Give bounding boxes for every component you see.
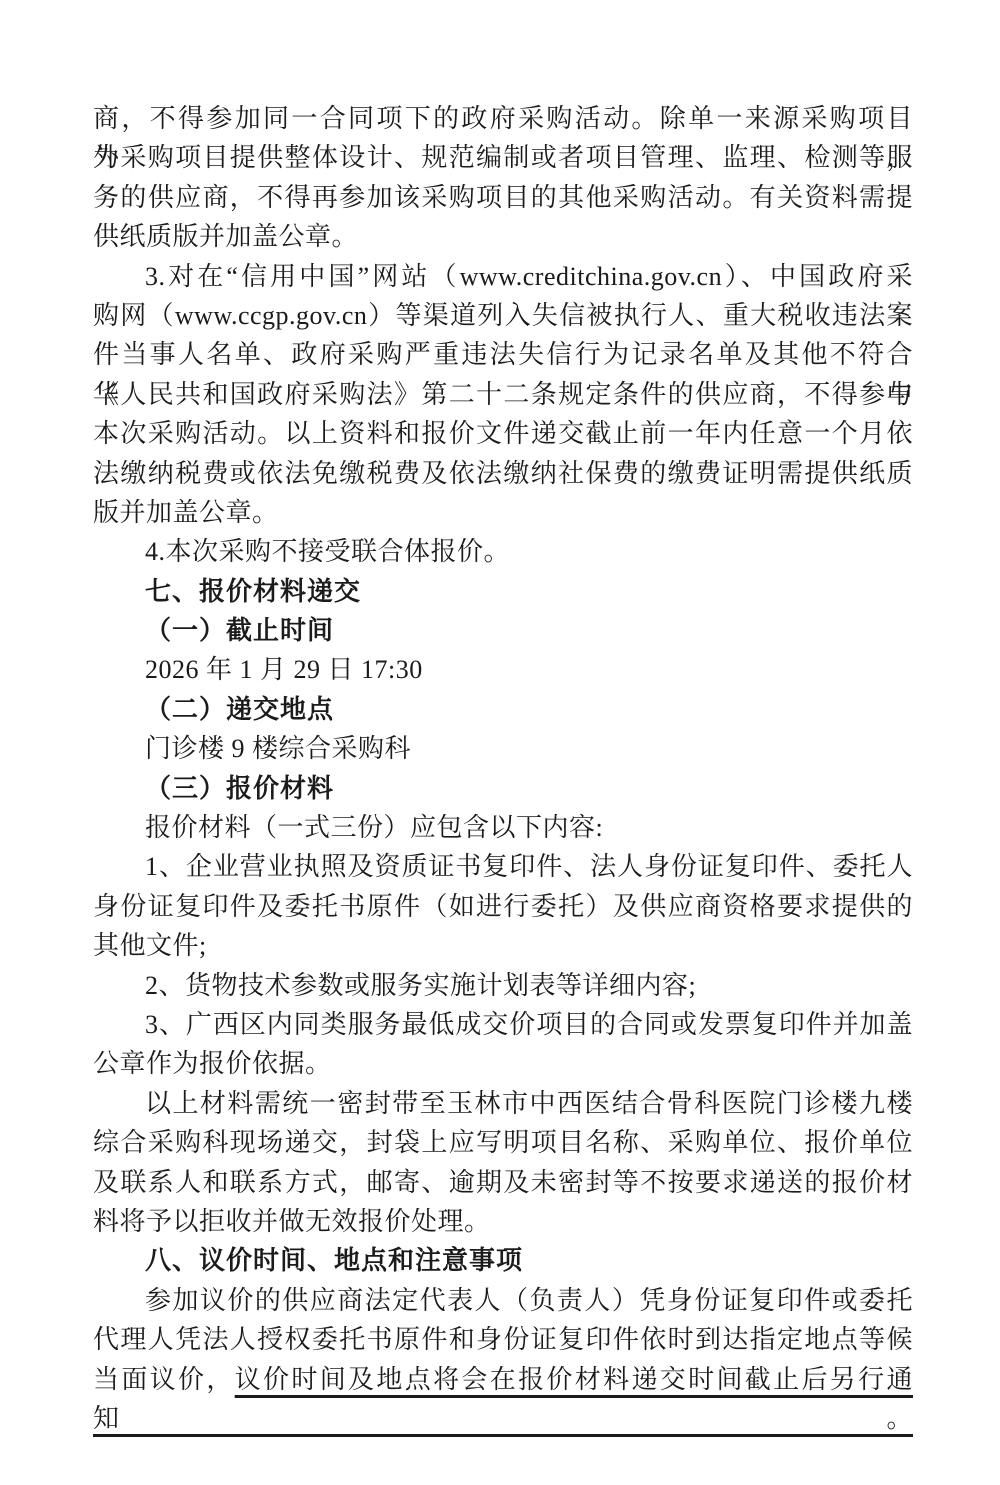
document-page: 商，不得参加同一合同项下的政府采购活动。除单一来源采购项目外，为采购项目提供整体… — [0, 0, 1000, 1485]
text-line: 料将予以拒收并做无效报价处理。 — [93, 1202, 913, 1241]
text-segment: （一）截止时间 — [145, 615, 334, 645]
text-segment: 料将予以拒收并做无效报价处理。 — [93, 1207, 491, 1236]
heading-line: （二）递交地点 — [93, 690, 913, 729]
text-line: 3.对在“信用中国”网站（www.creditchina.gov.cn）、中国政… — [93, 257, 913, 296]
heading-line: （一）截止时间 — [93, 611, 913, 650]
text-line: 综合采购科现场递交，封袋上应写明项目名称、采购单位、报价单位 — [93, 1123, 913, 1162]
text-line: 供纸质版并加盖公章。 — [93, 217, 913, 256]
heading-line: 八、议价时间、地点和注意事项 — [93, 1241, 913, 1280]
text-line: 报价材料（一式三份）应包含以下内容: — [93, 808, 913, 847]
text-segment: 2026 年 1 月 29 日 17:30 — [145, 655, 423, 684]
text-line: 3、广西区内同类服务最低成交价项目的合同或发票复印件并加盖 — [93, 1005, 913, 1044]
text-line: 件当事人名单、政府采购严重违法失信行为记录名单及其他不符合《中 — [93, 335, 913, 374]
text-segment: 2、货物技术参数或服务实施计划表等详细内容; — [145, 971, 696, 1000]
text-line: 华人民共和国政府采购法》第二十二条规定条件的供应商，不得参与 — [93, 375, 913, 414]
text-segment: （三）报价材料 — [145, 773, 334, 803]
text-segment: 报价材料（一式三份）应包含以下内容: — [145, 813, 603, 842]
text-segment: 华人民共和国政府采购法》第二十二条规定条件的供应商，不得参与 — [93, 380, 913, 409]
text-segment: 八、议价时间、地点和注意事项 — [145, 1245, 523, 1275]
text-segment: 公章作为报价依据。 — [93, 1049, 332, 1078]
text-segment: 3.对在“信用中国”网站（www.creditchina.gov.cn）、中国政… — [145, 262, 913, 291]
heading-line: （三）报价材料 — [93, 769, 913, 808]
text-line: 当面议价，议价时间及地点将会在报价材料递交时间截止后另行通知。 — [93, 1360, 913, 1399]
text-segment: 以上材料需统一密封带至玉林市中西医结合骨科医院门诊楼九楼 — [145, 1089, 913, 1118]
text-line: 务的供应商，不得再参加该采购项目的其他采购活动。有关资料需提 — [93, 178, 913, 217]
text-segment: 综合采购科现场递交，封袋上应写明项目名称、采购单位、报价单位 — [93, 1128, 913, 1157]
text-line: 公章作为报价依据。 — [93, 1044, 913, 1083]
text-segment: 代理人凭法人授权委托书原件和身份证复印件依时到达指定地点等候 — [93, 1325, 913, 1354]
text-segment: （二）递交地点 — [145, 694, 334, 724]
text-segment: 4.本次采购不接受联合体报价。 — [145, 537, 510, 566]
text-segment: 本次采购活动。以上资料和报价文件递交截止前一年内任意一个月依 — [93, 419, 913, 448]
text-line: 商，不得参加同一合同项下的政府采购活动。除单一来源采购项目外， — [93, 99, 913, 138]
text-segment: 及联系人和联系方式，邮寄、逾期及未密封等不按要求递送的报价材 — [93, 1168, 913, 1197]
text-line: 1、企业营业执照及资质证书复印件、法人身份证复印件、委托人 — [93, 847, 913, 886]
text-line: 本次采购活动。以上资料和报价文件递交截止前一年内任意一个月依 — [93, 414, 913, 453]
text-line: 为采购项目提供整体设计、规范编制或者项目管理、监理、检测等服 — [93, 138, 913, 177]
text-line: 身份证复印件及委托书原件（如进行委托）及供应商资格要求提供的 — [93, 887, 913, 926]
text-line: 购网（www.ccgp.gov.cn）等渠道列入失信被执行人、重大税收违法案 — [93, 296, 913, 335]
text-line: 法缴纳税费或依法免缴税费及依法缴纳社保费的缴费证明需提供纸质 — [93, 454, 913, 493]
text-segment: 参加议价的供应商法定代表人（负责人）凭身份证复印件或委托 — [145, 1286, 913, 1315]
text-segment: 供纸质版并加盖公章。 — [93, 222, 358, 251]
document-body: 商，不得参加同一合同项下的政府采购活动。除单一来源采购项目外，为采购项目提供整体… — [93, 99, 913, 1399]
text-line: 以上材料需统一密封带至玉林市中西医结合骨科医院门诊楼九楼 — [93, 1084, 913, 1123]
text-segment: 身份证复印件及委托书原件（如进行委托）及供应商资格要求提供的 — [93, 892, 913, 921]
text-segment: 法缴纳税费或依法免缴税费及依法缴纳社保费的缴费证明需提供纸质 — [93, 459, 913, 488]
text-segment: 1、企业营业执照及资质证书复印件、法人身份证复印件、委托人 — [145, 852, 913, 881]
text-segment: 3、广西区内同类服务最低成交价项目的合同或发票复印件并加盖 — [145, 1010, 913, 1039]
text-segment: 其他文件; — [93, 931, 207, 960]
text-segment: 门诊楼 9 楼综合采购科 — [145, 734, 411, 763]
text-line: 版并加盖公章。 — [93, 493, 913, 532]
text-segment: 版并加盖公章。 — [93, 498, 279, 527]
text-segment: 务的供应商，不得再参加该采购项目的其他采购活动。有关资料需提 — [93, 183, 913, 212]
heading-line: 七、报价材料递交 — [93, 572, 913, 611]
text-segment: 购网（www.ccgp.gov.cn）等渠道列入失信被执行人、重大税收违法案 — [93, 301, 913, 330]
text-line: 4.本次采购不接受联合体报价。 — [93, 532, 913, 571]
text-line: 代理人凭法人授权委托书原件和身份证复印件依时到达指定地点等候 — [93, 1320, 913, 1359]
text-segment: 七、报价材料递交 — [145, 576, 361, 606]
text-line: 其他文件; — [93, 926, 913, 965]
text-segment: 当面议价， — [93, 1365, 235, 1394]
text-segment: 为采购项目提供整体设计、规范编制或者项目管理、监理、检测等服 — [93, 143, 913, 172]
text-line: 2、货物技术参数或服务实施计划表等详细内容; — [93, 966, 913, 1005]
text-line: 门诊楼 9 楼综合采购科 — [93, 729, 913, 768]
text-line: 及联系人和联系方式，邮寄、逾期及未密封等不按要求递送的报价材 — [93, 1163, 913, 1202]
text-line: 参加议价的供应商法定代表人（负责人）凭身份证复印件或委托 — [93, 1281, 913, 1320]
text-line: 2026 年 1 月 29 日 17:30 — [93, 650, 913, 689]
